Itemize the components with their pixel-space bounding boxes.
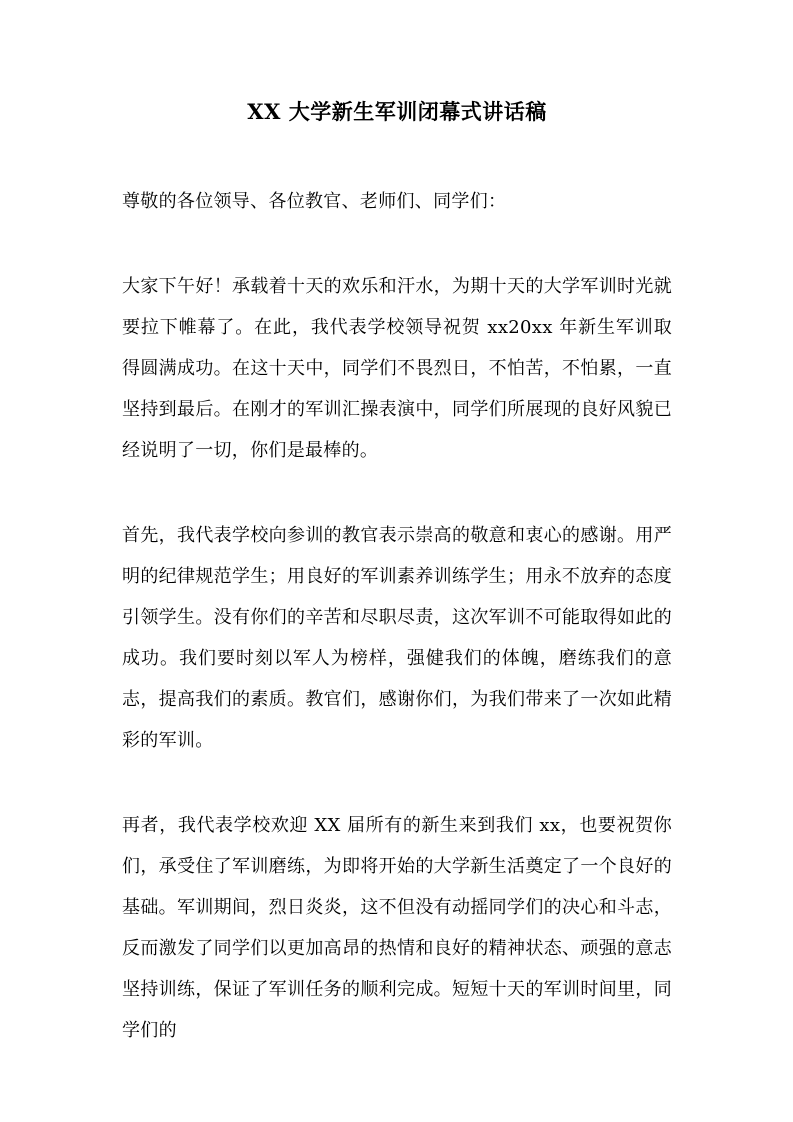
- paragraph-opening: 大家下午好！承载着十天的欢乐和汗水，为期十天的大学军训时光就要拉下帷幕了。在此，…: [122, 266, 672, 471]
- document-page: XX 大学新生军训闭幕式讲话稿 尊敬的各位领导、各位教官、老师们、同学们： 大家…: [0, 0, 793, 1122]
- paragraph-welcome-freshmen: 再者，我代表学校欢迎 XX 届所有的新生来到我们 xx，也要祝贺你们，承受住了军…: [122, 805, 672, 1051]
- paragraph-thanks-instructors: 首先，我代表学校向参训的教官表示崇高的敬意和衷心的感谢。用严明的纪律规范学生；用…: [122, 515, 672, 761]
- document-title: XX 大学新生军训闭幕式讲话稿: [122, 97, 672, 127]
- paragraph-greeting: 尊敬的各位领导、各位教官、老师们、同学们：: [122, 181, 672, 222]
- document-content: XX 大学新生军训闭幕式讲话稿 尊敬的各位领导、各位教官、老师们、同学们： 大家…: [0, 0, 793, 1051]
